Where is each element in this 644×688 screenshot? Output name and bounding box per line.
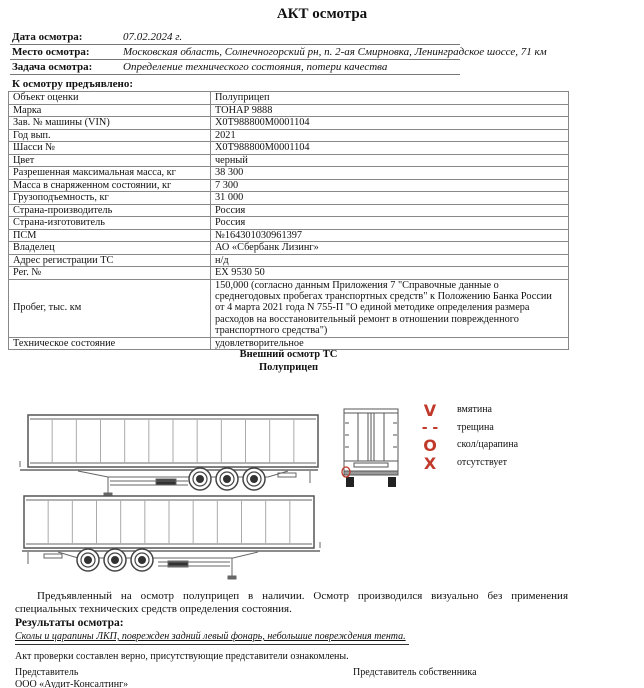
inspection-paragraph: Предъявленный на осмотр полуприцеп в нал… (15, 590, 568, 616)
table-row: Шасси №X0T988800M0001104 (9, 142, 569, 155)
external-inspection-heading: Внешний осмотр ТС (0, 349, 577, 360)
table-row: ПСМ№164301030961397 (9, 229, 569, 242)
table-row: Адрес регистрации ТСн/д (9, 254, 569, 267)
property-label: Объект оценки (9, 92, 211, 105)
header-value: Определение технического состояния, поте… (123, 61, 387, 74)
property-value: X0T988800M0001104 (211, 117, 569, 130)
table-row: Техническое состояниеудовлетворительное (9, 337, 569, 350)
chip-scratch-mark-icon: O (420, 437, 440, 454)
results-text: Сколы и царапины ЛКП, поврежден задний л… (15, 631, 406, 642)
signature-right-title: Представитель собственника (353, 667, 477, 678)
property-value: удовлетворительное (211, 337, 569, 350)
header-label: Дата осмотра: (12, 31, 82, 44)
dent-mark-icon: V (420, 402, 440, 419)
missing-mark-icon: X (420, 455, 440, 472)
property-label: Шасси № (9, 142, 211, 155)
table-row: МаркаТОНАР 9888 (9, 104, 569, 117)
signature-left-org: ООО «Аудит-Консалтинг» (15, 679, 128, 688)
header-row-place: Место осмотра: Московская область, Солне… (10, 46, 460, 60)
table-row: Объект оценкиПолуприцеп (9, 92, 569, 105)
table-row: Разрешенная максимальная масса, кг38 300 (9, 167, 569, 180)
table-row: Рег. №ЕХ 9530 50 (9, 267, 569, 280)
property-value: 150,000 (согласно данным Приложения 7 "С… (211, 279, 569, 337)
legend-label: трещина (457, 422, 494, 433)
property-label: Владелец (9, 242, 211, 255)
property-value: X0T988800M0001104 (211, 142, 569, 155)
property-label: Страна-производитель (9, 204, 211, 217)
property-label: Грузоподъемность, кг (9, 192, 211, 205)
confirmation-text: Акт проверки составлен верно, присутству… (15, 651, 349, 662)
property-label: Страна-изготовитель (9, 217, 211, 230)
header-value: Московская область, Солнечногорский рн, … (123, 46, 547, 59)
property-value: 2021 (211, 129, 569, 142)
property-label: Разрешенная максимальная масса, кг (9, 167, 211, 180)
property-value: Россия (211, 204, 569, 217)
table-row: Страна-производительРоссия (9, 204, 569, 217)
legend-label: отсутствует (457, 457, 507, 468)
property-value: Россия (211, 217, 569, 230)
results-divider (15, 644, 409, 645)
table-row: Грузоподъемность, кг31 000 (9, 192, 569, 205)
results-heading: Результаты осмотра: (15, 617, 124, 629)
table-row: Страна-изготовительРоссия (9, 217, 569, 230)
header-row-task: Задача осмотра: Определение технического… (10, 61, 460, 75)
property-value: 7 300 (211, 179, 569, 192)
legend-label: скол/царапина (457, 439, 518, 450)
header-row-date: Дата осмотра: 07.02.2024 г. (10, 31, 460, 45)
header-label: Место осмотра: (12, 46, 90, 59)
property-label: Зав. № машины (VIN) (9, 117, 211, 130)
table-row: ВладелецАО «Сбербанк Лизинг» (9, 242, 569, 255)
property-label: Адрес регистрации ТС (9, 254, 211, 267)
trailer-side-view-right (18, 405, 324, 497)
header-value: 07.02.2024 г. (123, 31, 182, 44)
property-value: 31 000 (211, 192, 569, 205)
table-row: Год вып.2021 (9, 129, 569, 142)
crack-mark-icon: - - (420, 420, 440, 437)
trailer-side-view-left (18, 490, 324, 582)
external-inspection-subheading: Полуприцеп (0, 362, 577, 373)
trailer-rear-view (340, 405, 404, 495)
table-row: Масса в снаряженном состоянии, кг7 300 (9, 179, 569, 192)
header-label: Задача осмотра: (12, 61, 92, 74)
property-value: ТОНАР 9888 (211, 104, 569, 117)
table-row: Цветчерный (9, 154, 569, 167)
legend-label: вмятина (457, 404, 492, 415)
property-label: Цвет (9, 154, 211, 167)
property-label: Марка (9, 104, 211, 117)
property-value: ЕХ 9530 50 (211, 267, 569, 280)
document-title: АКТ осмотра (0, 6, 644, 23)
property-label: Год вып. (9, 129, 211, 142)
presented-heading: К осмотру предъявлено: (12, 78, 133, 90)
property-label: Техническое состояние (9, 337, 211, 350)
property-value: черный (211, 154, 569, 167)
property-value: №164301030961397 (211, 229, 569, 242)
property-value: н/д (211, 254, 569, 267)
property-label: ПСМ (9, 229, 211, 242)
property-label: Масса в снаряженном состоянии, кг (9, 179, 211, 192)
signature-left-title: Представитель (15, 667, 78, 678)
inspection-paragraph-text: Предъявленный на осмотр полуприцеп в нал… (15, 590, 568, 615)
property-label: Рег. № (9, 267, 211, 280)
properties-table: Объект оценкиПолуприцепМаркаТОНАР 9888За… (8, 91, 569, 350)
table-row: Пробег, тыс. км150,000 (согласно данным … (9, 279, 569, 337)
property-value: 38 300 (211, 167, 569, 180)
property-label: Пробег, тыс. км (9, 279, 211, 337)
table-row: Зав. № машины (VIN)X0T988800M0001104 (9, 117, 569, 130)
property-value: Полуприцеп (211, 92, 569, 105)
property-value: АО «Сбербанк Лизинг» (211, 242, 569, 255)
